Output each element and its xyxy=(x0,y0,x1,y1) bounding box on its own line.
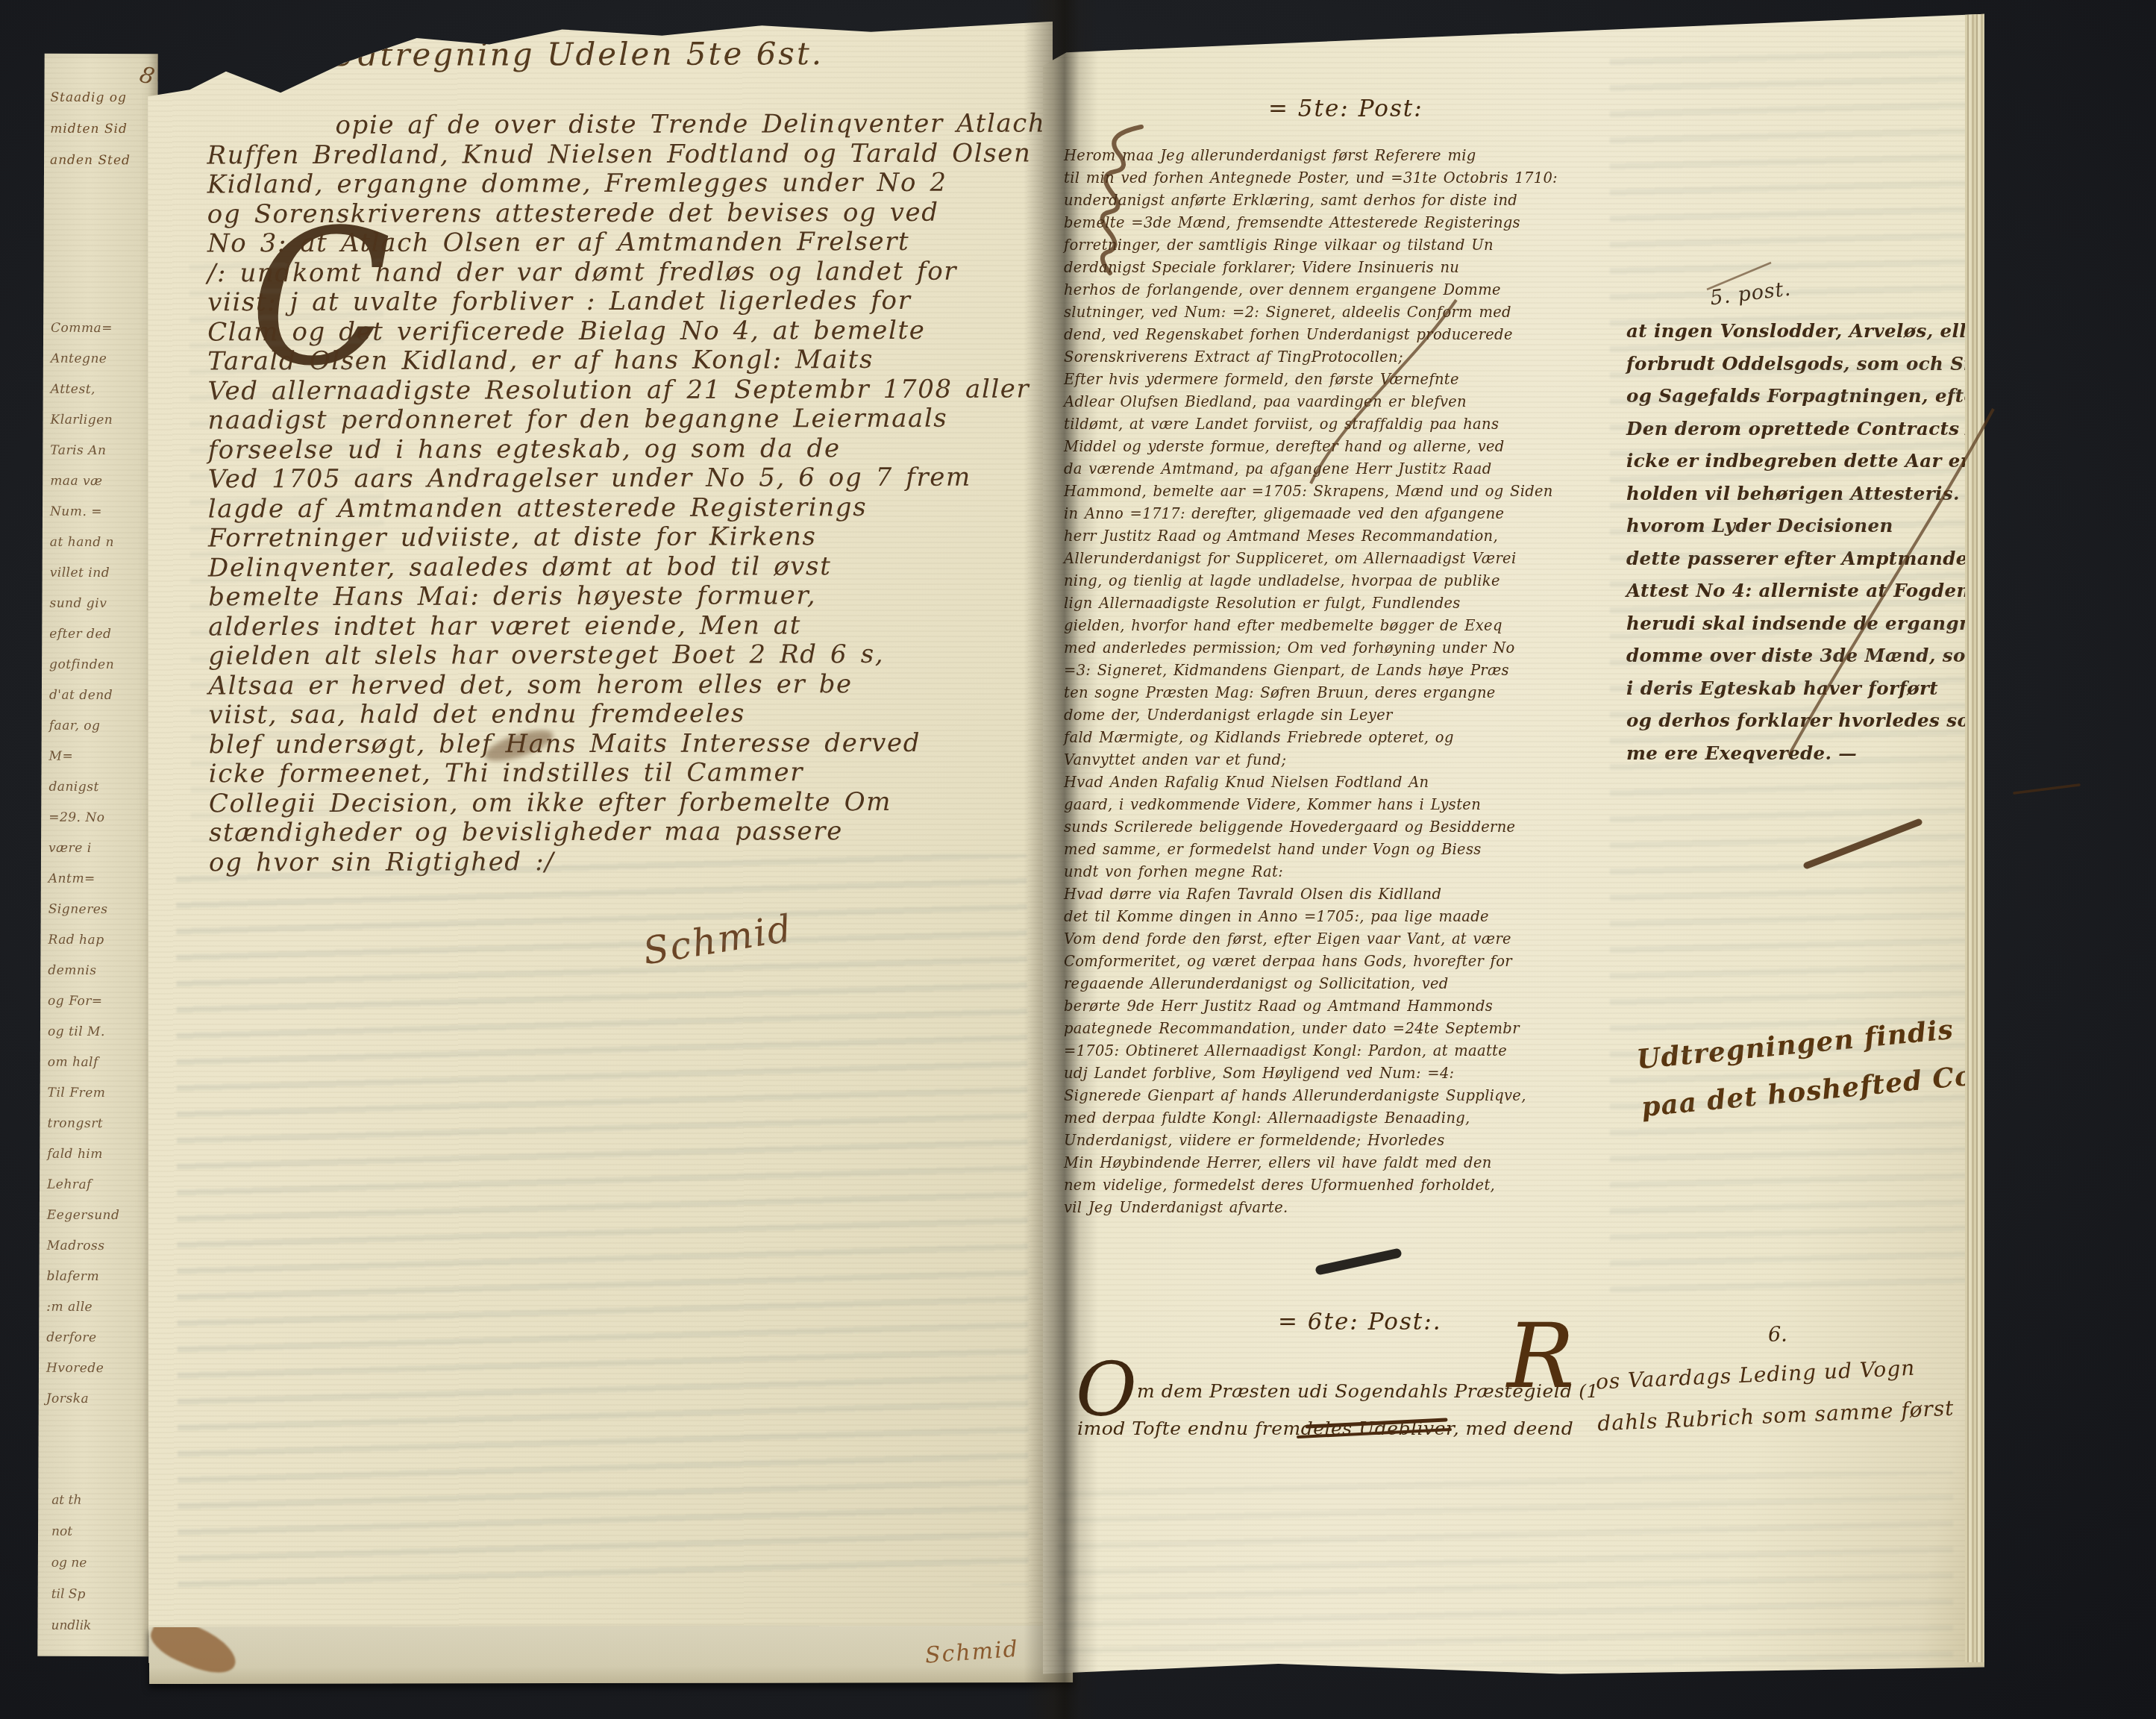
text-line: Klarligen xyxy=(50,405,123,436)
text-line: til Sp xyxy=(51,1579,92,1610)
text-line: Signerede Gienpart af hands Allerunderda… xyxy=(1064,1085,1558,1107)
text-line: vil Jeg Underdanigst afvarte. xyxy=(1064,1197,1558,1219)
text-line: og til M. xyxy=(48,1017,121,1048)
text-line: Madross xyxy=(47,1231,120,1262)
text-line: berørte 9de Herr Justitz Raad og Amtmand… xyxy=(1064,995,1558,1018)
ink-blot xyxy=(149,1626,242,1682)
text-line: i deris Egteskab haver forført xyxy=(1626,672,1984,705)
text-line: at th xyxy=(51,1485,92,1516)
text-line: blaferm xyxy=(46,1262,119,1292)
text-line: dette passerer efter Amptmandens xyxy=(1626,542,1984,575)
signature: Schmid xyxy=(640,907,796,973)
text-line: og Sorenskriverens attesterede det bevis… xyxy=(207,198,1046,229)
text-line: nem videlige, formedelst deres Uformuenh… xyxy=(1064,1174,1558,1197)
text-line: at ingen Vonslodder, Arveløs, eller xyxy=(1626,315,1984,348)
bleed-through-ghost-text xyxy=(176,854,1029,1588)
text-line: No 3: at Atlach Olsen er af Amtmanden Fr… xyxy=(207,227,1046,258)
text-line: lign Allernaadigste Resolution er fulgt,… xyxy=(1064,592,1558,615)
text-line: dend, ved Regenskabet forhen Underdanigs… xyxy=(1064,324,1558,346)
text-line: underdanigst anførte Erklæring, samt der… xyxy=(1064,190,1558,212)
text-line: og derhos forklarer hvorledes som xyxy=(1626,704,1984,737)
text-line: faar, og xyxy=(49,711,122,742)
text-line: Num. = xyxy=(50,497,123,527)
drop-cap-initial: R xyxy=(1507,1316,1574,1398)
text-line: med anderledes permission; Om ved forhøy… xyxy=(1064,637,1558,660)
text-line: d'at dend xyxy=(49,680,122,711)
text-line: sunds Scrilerede beliggende Hovedergaard… xyxy=(1064,816,1558,839)
body-text-block: os Vaardags Leding ud Vogndahls Rubrich … xyxy=(1595,1346,1955,1445)
text-line: ten sogne Præsten Mag: Søfren Bruun, der… xyxy=(1064,682,1558,704)
text-line: icke formeenet, Thi indstilles til Camme… xyxy=(209,757,1047,789)
text-line: Attest, xyxy=(51,375,124,405)
margin-notes-column: Comma=AntegneAttest,KlarligenTaris Anmaa… xyxy=(46,313,124,1415)
text-line: udj Landet forblive, Som Høyligend ved N… xyxy=(1064,1062,1558,1085)
text-line: Den derom oprettede Contracts Art: xyxy=(1626,413,1984,445)
text-line: gielden alt slels har oversteget Boet 2 … xyxy=(208,639,1047,671)
text-line: Ruffen Bredland, Knud Nielsen Fodtland o… xyxy=(207,139,1046,170)
text-line: derdanigst Speciale forklarer; Videre In… xyxy=(1064,257,1558,279)
text-line: om half xyxy=(48,1048,121,1078)
text-line: Signeres xyxy=(48,895,122,925)
text-line: maa væ xyxy=(50,466,123,497)
text-line: hvorom Lyder Decisionen xyxy=(1626,510,1984,542)
text-line: herhos de forlangende, over dennem ergan… xyxy=(1064,279,1558,301)
text-line: Tarald Olsen Kidland, er af hans Kongl: … xyxy=(207,345,1046,376)
decision-text-block: at ingen Vonslodder, Arveløs, ellerforbr… xyxy=(1626,315,1984,769)
text-line: =1705: Obtineret Allernaadigst Kongl: Pa… xyxy=(1064,1040,1558,1062)
text-line: fald him xyxy=(47,1139,120,1170)
text-line: med samme, er formedelst hand under Vogn… xyxy=(1064,839,1558,861)
text-line: not xyxy=(51,1516,92,1547)
text-line: Vom dend forde den først, efter Eigen va… xyxy=(1064,928,1558,951)
text-line: viist: j at uvalte forbliver : Landet li… xyxy=(207,286,1046,317)
text-line: og ne xyxy=(51,1547,92,1579)
bleed-through-ghost-text xyxy=(1058,1471,1953,1665)
text-line: og hvor sin Rigtighed :/ xyxy=(209,846,1047,877)
text-line: Hvorede xyxy=(46,1353,119,1384)
text-line: danigst xyxy=(48,772,122,803)
text-line: alderles indtet har været eiende, Men at xyxy=(208,610,1047,642)
text-line: M= xyxy=(48,742,122,772)
text-line: Antm= xyxy=(48,864,122,895)
edge-signature-note: Schmid xyxy=(924,1636,1020,1669)
text-line: lagde af Amtmanden attesterede Registeri… xyxy=(208,492,1047,524)
text-line: Allerunderdanigst for Suppliceret, om Al… xyxy=(1064,548,1558,570)
text-line: Comformeritet, og været derpaa hans Gods… xyxy=(1064,951,1558,973)
text-line: gielden, hvorfor hand efter medbemelte b… xyxy=(1064,615,1558,637)
text-line: slutninger, ved Num: =2: Signeret, aldee… xyxy=(1064,301,1558,324)
page-heading: Udtregning Udelen 5te 6st. xyxy=(329,35,824,73)
text-line: Til Frem xyxy=(48,1078,121,1109)
text-line: opie af de over diste Trende Delinqvente… xyxy=(335,109,1045,140)
text-line: bemelte =3de Mænd, fremsendte Attestered… xyxy=(1064,212,1558,234)
text-line: blef undersøgt, blef Hans Maits Interess… xyxy=(209,728,1047,760)
text-line: undlik xyxy=(51,1610,91,1641)
text-line: forseelse ud i hans egteskab, og som da … xyxy=(208,433,1047,465)
text-line: være i xyxy=(48,833,122,864)
text-line: midten Sid xyxy=(50,113,131,145)
pen-dash-mark xyxy=(2014,785,2079,793)
text-line: regaaende Allerunderdanigst og Sollicita… xyxy=(1064,973,1558,995)
text-line: Ved 1705 aars Andragelser under No 5, 6 … xyxy=(208,463,1047,494)
text-line: herr Justitz Raad og Amtmand Meses Recom… xyxy=(1064,525,1558,548)
text-line: paategnede Recommandation, under dato =2… xyxy=(1064,1018,1558,1040)
text-line: Eegersund xyxy=(47,1200,120,1231)
text-line: Kidland, ergangne domme, Fremlegges unde… xyxy=(207,168,1046,199)
text-line: domme over diste 3de Mænd, som xyxy=(1626,639,1984,672)
right-manuscript-page: = 5te: Post: Herom maa Jeg allerunderdan… xyxy=(1043,9,1984,1677)
text-line: Hvad Anden Rafalig Knud Nielsen Fodtland… xyxy=(1064,771,1558,794)
text-line: Middel og yderste formue, derefter hand … xyxy=(1064,436,1558,458)
text-line: Clam og det verificerede Bielag No 4, at… xyxy=(207,316,1046,347)
text-line: dome der, Underdanigst erlagde sin Leyer xyxy=(1064,704,1558,727)
body-text-block: Herom maa Jeg allerunderdanigst først Re… xyxy=(1064,145,1558,1219)
text-line: imod Tofte endnu fremdeles Udebliver, me… xyxy=(1077,1410,1599,1447)
text-line: villet ind xyxy=(50,558,123,589)
left-margin-page-strip: 8 Staadig ogmidten Sidanden Sted Comma=A… xyxy=(37,54,157,1657)
text-line: Collegii Decision, om ikke efter forbeme… xyxy=(209,787,1047,818)
photographed-manuscript-spread: 8 Staadig ogmidten Sidanden Sted Comma=A… xyxy=(0,0,2156,1719)
text-line: Lehraf xyxy=(47,1170,120,1200)
text-line: Attest No 4: allerniste at Fogden xyxy=(1626,574,1984,607)
text-line: forretninger, der samtligis Ringe vilkaa… xyxy=(1064,234,1558,257)
text-line: Hammond, bemelte aar =1705: Skrapens, Mæ… xyxy=(1064,480,1558,503)
text-line: trongsrt xyxy=(47,1109,120,1139)
text-line: icke er indbegreben dette Aar er xyxy=(1626,445,1984,477)
text-line: herudi skal indsende de ergangne xyxy=(1626,607,1984,640)
text-line: Comma= xyxy=(51,313,124,344)
text-line: Sorenskriverens Extract af TingProtocoll… xyxy=(1064,346,1558,369)
text-line: Forretninger udviiste, at diste for Kirk… xyxy=(208,522,1047,553)
text-line: gaard, i vedkommende Videre, Kommer hans… xyxy=(1064,794,1558,816)
text-line: :m alle xyxy=(46,1292,119,1323)
text-line: Vanvyttet anden var et fund; xyxy=(1064,749,1558,771)
text-line: derfore xyxy=(46,1323,119,1353)
text-line: Staadig og xyxy=(50,82,131,113)
ink-flourish-mark: 8 xyxy=(137,61,157,90)
text-line: med derpaa fuldte Kongl: Allernaadigste … xyxy=(1064,1107,1558,1130)
text-line: me ere Exeqverede. — xyxy=(1626,737,1984,770)
text-line: og Sagefalds Forpagtningen, efter xyxy=(1626,380,1984,413)
text-line: stændigheder og bevisligheder maa passer… xyxy=(209,816,1047,848)
text-line: in Anno =1717: derefter, gligemaade ved … xyxy=(1064,503,1558,525)
under-sheet-edge: Schmid xyxy=(149,1626,1073,1684)
text-line: Taris An xyxy=(50,436,123,466)
section-heading-5th-post-decision: 5. post. xyxy=(1709,277,1793,310)
text-line: Efter hvis ydermere formeld, den første … xyxy=(1064,369,1558,391)
text-line: anden Sted xyxy=(50,145,131,176)
text-line: Hvad dørre via Rafen Tavrald Olsen dis K… xyxy=(1064,883,1558,906)
text-line: fald Mærmigte, og Kidlands Friebrede opt… xyxy=(1064,727,1558,749)
text-line: =3: Signeret, Kidmandens Gienpart, de La… xyxy=(1064,660,1558,682)
text-line: og For= xyxy=(48,986,121,1017)
section-heading-6th-post: = 6te: Post:. xyxy=(1278,1309,1442,1336)
text-line: Jorska xyxy=(46,1384,119,1415)
margin-bottom-notes: at thnotog netil Spundlik xyxy=(51,1485,92,1641)
body-text-block: opie af de over diste Trende Delinqvente… xyxy=(207,109,1047,877)
page-stack-fore-edge xyxy=(1965,13,1984,1662)
text-line: viist, saa, hald det endnu fremdeeles xyxy=(208,698,1047,730)
text-line: Antegne xyxy=(51,344,124,375)
text-line: Ved allernaadigste Resolution af 21 Sept… xyxy=(207,375,1046,406)
section-heading-5th-post: = 5te: Post: xyxy=(1268,95,1423,122)
text-line: Rad hap xyxy=(48,925,121,956)
text-line: gotfinden xyxy=(49,650,122,680)
decision-note: Udtregningen findispaa det hoshefted Cop… xyxy=(1635,1000,1984,1131)
text-line: til min ved forhen Antegnede Poster, und… xyxy=(1064,167,1558,190)
text-line: Herom maa Jeg allerunderdanigst først Re… xyxy=(1064,145,1558,167)
text-line: Delinqventer, saaledes dømt at bod til ø… xyxy=(208,551,1047,583)
text-line: det til Komme dingen in Anno =1705:, paa… xyxy=(1064,906,1558,928)
text-line: bemelte Hans Mai: deris høyeste formuer, xyxy=(208,580,1047,612)
text-line: da værende Amtmand, pa afgangene Herr Ju… xyxy=(1064,458,1558,480)
margin-top-notes: Staadig ogmidten Sidanden Sted xyxy=(50,82,131,176)
text-line: efter ded xyxy=(49,619,122,650)
text-line: Adlear Olufsen Biedland, paa vaardingen … xyxy=(1064,391,1558,413)
text-line: undt von forhen megne Rat: xyxy=(1064,861,1558,883)
text-line: =29. No xyxy=(48,803,122,833)
text-line: ning, og tienlig at lagde undladelse, hv… xyxy=(1064,570,1558,592)
text-line: /: undkomt hand der var dømt fredløs og … xyxy=(207,257,1046,288)
text-line: Altsaa er herved det, som herom elles er… xyxy=(208,669,1047,701)
text-line: tildømt, at være Landet forviist, og str… xyxy=(1064,413,1558,436)
section-heading-6: 6. xyxy=(1768,1324,1787,1347)
text-line: forbrudt Oddelsgods, som och Sigt xyxy=(1626,348,1984,381)
text-line: naadigst perdonneret for den begangne Le… xyxy=(207,404,1046,435)
text-line: sund giv xyxy=(49,589,122,619)
text-line: holden vil behørigen Attesteris. xyxy=(1626,477,1984,510)
text-line: Underdanigst, viidere er formeldende; Hv… xyxy=(1064,1130,1558,1152)
text-line: demnis xyxy=(48,956,121,986)
left-manuscript-page: Udtregning Udelen 5te 6st. C opie af de … xyxy=(144,18,1057,1668)
text-line: at hand n xyxy=(50,527,123,558)
text-line: Min Høybindende Herrer, ellers vil have … xyxy=(1064,1152,1558,1174)
